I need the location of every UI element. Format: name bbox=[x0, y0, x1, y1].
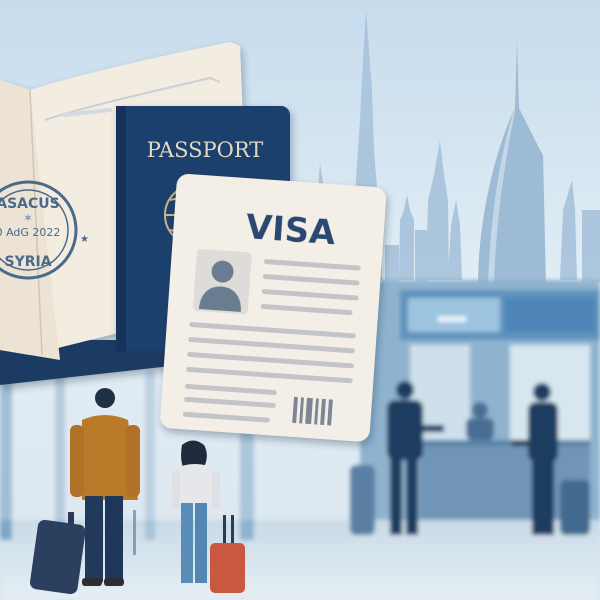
passport-title: PASSPORT bbox=[147, 138, 264, 162]
suitcase-handle-extra bbox=[133, 510, 136, 555]
travel-illustration: ASACUS 0 AdG 2022 SYRIA ✶ ★ PASSPORT VIS… bbox=[0, 0, 600, 600]
stamp-date-text: 0 AdG 2022 bbox=[0, 226, 60, 239]
stamp-star-icon: ✶ bbox=[23, 211, 33, 225]
stamp-country-text: SYRIA bbox=[4, 254, 51, 270]
stamp-dot-icon: ★ bbox=[80, 234, 89, 245]
visa-title: VISA bbox=[244, 207, 337, 253]
stamp-city-text: ASACUS bbox=[0, 196, 60, 212]
visa-card: VISA bbox=[160, 173, 387, 442]
